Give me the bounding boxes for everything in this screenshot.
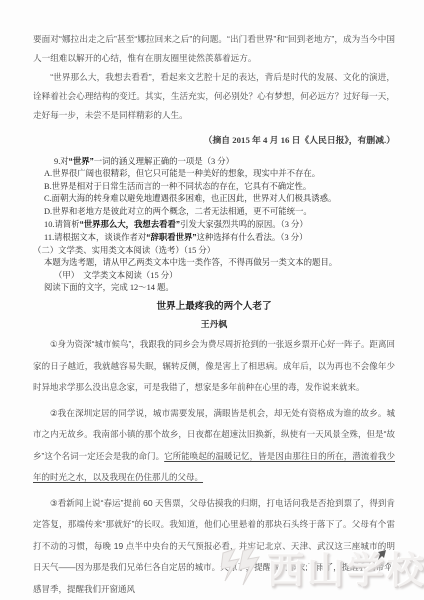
intro-paragraph-1: 要面对“娜拉出走之后”甚至“娜拉回来之后”的问题。“出门看世界”和“回到老地方”…	[33, 30, 395, 68]
question-9-pre: 9.对	[54, 157, 69, 166]
source-citation: （摘自 2015 年 4 月 16 日《人民日报》，有删减.）	[33, 134, 395, 147]
section-2-note: 本题为选考题，请从甲乙两类文本中选一类作答，不得再做另一类文本的题目。	[33, 257, 395, 269]
question-9-post: 一词的涵义理解正确的一项是（3 分）	[94, 157, 234, 166]
question-9-option-a: A.世界很广阔也很精彩，但它只可能是一种美好的想象，现实中并不存在。	[33, 168, 395, 180]
question-11: 11.请根据文本，谈谈作者对“辞职看世界”这种选择有什么看法。（3 分）	[33, 231, 395, 244]
question-9-option-c: C.面朝大海的转身难以避免地遭遇很多困难，也正因此，世界对人们极具诱惑。	[33, 193, 395, 205]
question-9-option-b: B.世界是相对于日常生活而言的一种不同状态的存在，它具有不确定性。	[33, 181, 395, 193]
essay-paragraph-1: ①身为资深“城市候鸟”，我跟我的同乡会为费尽周折抢到的一张返乡票开心好一阵子。距…	[33, 334, 395, 399]
exam-page: 要面对“娜拉出走之后”甚至“娜拉回来之后”的问题。“出门看世界”和“回到老地方”…	[0, 0, 424, 600]
question-10: 10.请简析“世界那么大，我想去看看”引发大家强烈共鸣的原因。（3 分）	[33, 218, 395, 231]
essay-title: 世界上最疼我的两个人老了	[33, 300, 395, 314]
question-10-keyword: “世界那么大，我想去看看”	[80, 219, 181, 229]
question-11-post: 这种选择有什么看法。（3 分）	[197, 233, 308, 242]
essay-author: 王丹枫	[33, 318, 395, 330]
essay-section: 世界上最疼我的两个人老了 王丹枫 ①身为资深“城市候鸟”，我跟我的同乡会为费尽周…	[33, 300, 395, 600]
question-9-option-d: D.世界和老地方是彼此对立的两个概念，二者无法相通，更不可能统一。	[33, 206, 395, 218]
section-2-sub-heading: （甲） 文学类文本阅读（15 分）	[33, 270, 395, 282]
question-9-keyword: “世界”	[69, 156, 94, 166]
mouse-cursor-icon	[378, 550, 386, 560]
essay-paragraph-3: ③看新闻上说“春运”提前 60 天售票，父母估摸我的归期，打电话问我是否抢到票了…	[33, 493, 395, 600]
question-9: 9.对“世界”一词的涵义理解正确的一项是（3 分）	[33, 155, 395, 168]
question-10-post: 引发大家强烈共鸣的原因。（3 分）	[180, 220, 308, 229]
question-11-keyword: “辞职看世界”	[146, 232, 196, 242]
section-2-heading: （二）文学类、实用类文本阅读（选考）（15 分）	[33, 245, 395, 257]
question-10-pre: 10.请简析	[44, 220, 80, 229]
intro-paragraph-2: “世界那么大，我想去看看”，看起来文艺腔十足的表达，背后是时代的发展、文化的演进…	[33, 68, 395, 125]
question-11-pre: 11.请根据文本，谈谈作者对	[44, 233, 146, 242]
reading-instruction: 阅读下面的文字，完成 12～14 题。	[33, 282, 395, 294]
essay-paragraph-2: ②我在深圳定居的同学说，城市需要发展，满眼皆是机会，却无处有资格成为谁的故乡。城…	[33, 403, 395, 489]
intro-passage: 要面对“娜拉出走之后”甚至“娜拉回来之后”的问题。“出门看世界”和“回到老地方”…	[33, 30, 395, 147]
question-block: 9.对“世界”一词的涵义理解正确的一项是（3 分） A.世界很广阔也很精彩，但它…	[33, 155, 395, 294]
